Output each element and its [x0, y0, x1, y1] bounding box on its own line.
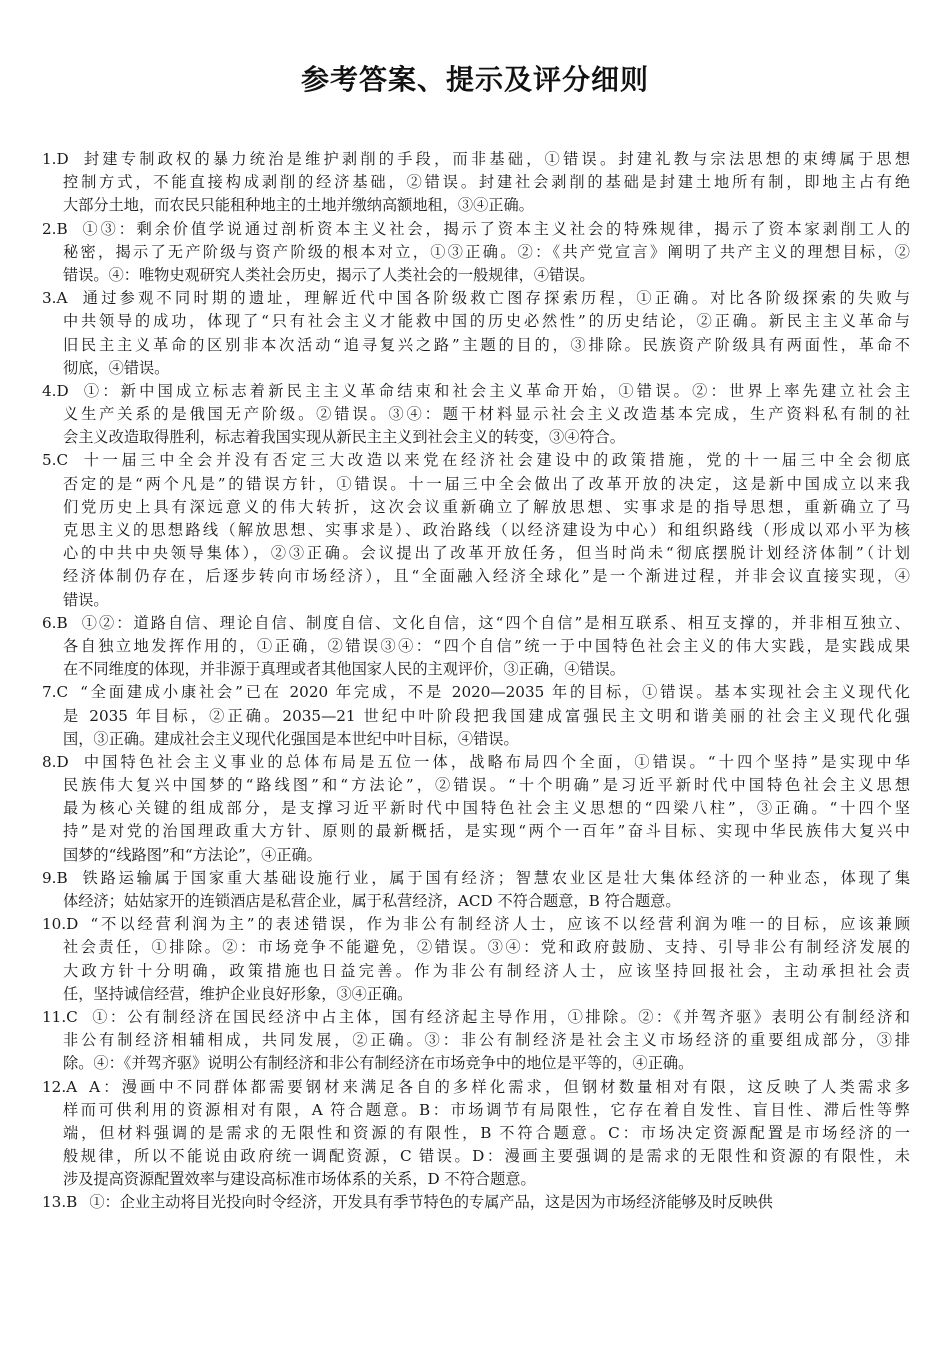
answer-line: 各自独立地发挥作用的，①正确，②错误③④：“四个自信”统一于中国特色社会主义的伟… [42, 635, 910, 658]
answer-item: 12.AA：漫画中不同群体都需要钢材来满足各自的多样化需求，但钢材数量相对有限，… [42, 1076, 910, 1192]
answer-line: 除。④：《并驾齐驱》说明公有制经济和非公有制经济在市场竞争中的地位是平等的，④正… [42, 1052, 910, 1075]
answer-line: 错误。 [42, 589, 910, 612]
answer-line: 中共领导的成功，体现了“只有社会主义才能救中国的历史必然性”的历史结论，②正确。… [42, 310, 910, 333]
answer-line: 端，但材料强调的是需求的无限性和资源的有限性，B 不符合题意。C：市场决定资源配… [42, 1122, 910, 1145]
answer-text: 国梦的“线路图”和“方法论”，④正确。 [63, 846, 322, 864]
answer-text: 涉及提高资源配置效率与建设高标准市场体系的关系，D 不符合题意。 [63, 1170, 536, 1188]
answer-line: 国梦的“线路图”和“方法论”，④正确。 [42, 844, 910, 867]
answer-line: 9.B铁路运输属于国家重大基础设施行业，属于国有经济；智慧农业区是壮大集体经济的… [42, 867, 910, 890]
answer-item: 1.D封建专制政权的暴力统治是维护剥削的手段，而非基础，①错误。封建礼教与宗法思… [42, 148, 910, 218]
answer-text: 在不同维度的体现，并非源于真理或者其他国家人民的主观评价，③正确，④错误。 [63, 660, 625, 678]
answer-line: 13.B①：企业主动将目光投向时令经济，开发具有季节特色的专属产品，这是因为市场… [42, 1191, 910, 1214]
answer-text: 通过参观不同时期的遗址，理解近代中国各阶级救亡图存探索历程，①正确。对比各阶级探… [79, 289, 910, 307]
answer-text: 义生产关系的是俄国无产阶级。②错误。③④：题干材料显示社会主义改造基本完成，生产… [63, 405, 910, 423]
answer-line: 任，坚持诚信经营，维护企业良好形象，③④正确。 [42, 983, 910, 1006]
answer-line: 秘密，揭示了无产阶级与资产阶级的根本对立，①③正确。②：《共产党宣言》阐明了共产… [42, 241, 910, 264]
answer-line: 5.C十一届三中全会并没有否定三大改造以来党在经济社会建设中的政策措施，党的十一… [42, 449, 910, 472]
answer-text: 彻底，④错误。 [63, 359, 169, 377]
answer-number: 11.C [42, 1006, 78, 1029]
answer-list: 1.D封建专制政权的暴力统治是维护剥削的手段，而非基础，①错误。封建礼教与宗法思… [42, 148, 910, 1215]
answer-item: 10.D“不以经营利润为主”的表述错误，作为非公有制经济人士，应该不以经营利润为… [42, 913, 910, 1006]
answer-line: 经济体制仍存在，后逐步转向市场经济），且“全面融入经济全球化”是一个渐进过程，并… [42, 565, 910, 588]
answer-text: ①②：道路自信、理论自信、制度自信、文化自信，这“四个自信”是相互联系、相互支撑… [80, 614, 910, 632]
answer-line: 3.A通过参观不同时期的遗址，理解近代中国各阶级救亡图存探索历程，①正确。对比各… [42, 287, 910, 310]
answer-text: 端，但材料强调的是需求的无限性和资源的有限性，B 不符合题意。C：市场决定资源配… [63, 1124, 910, 1142]
answer-number: 12.A [42, 1076, 77, 1099]
answer-number: 9.B [42, 867, 68, 890]
answer-number: 7.C [42, 681, 68, 704]
answer-text: 体经济；姑姑家开的连锁酒店是私营企业，属于私营经济，ACD 不符合题意，B 符合… [63, 892, 681, 910]
answer-line: 国，③正确。建成社会主义现代化强国是本世纪中叶目标，④错误。 [42, 728, 910, 751]
answer-text: 错误。 [63, 591, 109, 609]
answer-text: 大政方针十分明确，政策措施也日益完善。作为非公有制经济人士，应该坚持回报社会，主… [63, 962, 910, 980]
answer-line: 彻底，④错误。 [42, 357, 910, 380]
answer-line: 心的中共中央领导集体），②③正确。会议提出了改革开放任务，但当时尚未“彻底摆脱计… [42, 542, 910, 565]
answer-line: 在不同维度的体现，并非源于真理或者其他国家人民的主观评价，③正确，④错误。 [42, 658, 910, 681]
answer-number: 13.B [42, 1191, 77, 1214]
answer-line: 11.C①：公有制经济在国民经济中占主体，国有经济起主导作用，①排除。②：《并驾… [42, 1006, 910, 1029]
answer-text: 除。④：《并驾齐驱》说明公有制经济和非公有制经济在市场竞争中的地位是平等的，④正… [63, 1054, 693, 1072]
answer-item: 6.B①②：道路自信、理论自信、制度自信、文化自信，这“四个自信”是相互联系、相… [42, 612, 910, 682]
answer-line: 12.AA：漫画中不同群体都需要钢材来满足各自的多样化需求，但钢材数量相对有限，… [42, 1076, 910, 1099]
answer-text: 秘密，揭示了无产阶级与资产阶级的根本对立，①③正确。②：《共产党宣言》阐明了共产… [63, 243, 910, 261]
answer-line: 7.C“全面建成小康社会”已在 2020 年完成，不是 2020—2035 年的… [42, 681, 910, 704]
page-title: 参考答案、提示及评分细则 [0, 58, 950, 98]
answer-line: 克思主义的思想路线（解放思想、实事求是）、政治路线（以经济建设为中心）和组织路线… [42, 519, 910, 542]
answer-number: 4.D [42, 380, 69, 403]
answer-line: 6.B①②：道路自信、理论自信、制度自信、文化自信，这“四个自信”是相互联系、相… [42, 612, 910, 635]
answer-text: 封建专制政权的暴力统治是维护剥削的手段，而非基础，①错误。封建礼教与宗法思想的束… [81, 150, 910, 168]
answer-line: 最为核心关键的组成部分，是支撑习近平新时代中国特色社会主义思想的“四梁八柱”，③… [42, 797, 910, 820]
answer-line: 持”是对党的治国理政重大方针、原则的最新概括，是实现“两个一百年”奋斗目标、实现… [42, 820, 910, 843]
answer-text: 控制方式，不能直接构成剥削的经济基础，②错误。封建社会剥削的基础是封建土地所有制… [63, 173, 910, 191]
answer-text: 经济体制仍存在，后逐步转向市场经济），且“全面融入经济全球化”是一个渐进过程，并… [63, 567, 910, 585]
answer-text: ①：企业主动将目光投向时令经济，开发具有季节特色的专属产品，这是因为市场经济能够… [89, 1193, 772, 1211]
answer-item: 3.A通过参观不同时期的遗址，理解近代中国各阶级救亡图存探索历程，①正确。对比各… [42, 287, 910, 380]
answer-item: 7.C“全面建成小康社会”已在 2020 年完成，不是 2020—2035 年的… [42, 681, 910, 751]
answer-item: 9.B铁路运输属于国家重大基础设施行业，属于国有经济；智慧农业区是壮大集体经济的… [42, 867, 910, 913]
answer-item: 11.C①：公有制经济在国民经济中占主体，国有经济起主导作用，①排除。②：《并驾… [42, 1006, 910, 1076]
answer-line: 否定的是“两个凡是”的错误方针，①错误。十一届三中全会做出了改革开放的决定，这是… [42, 473, 910, 496]
answer-text: 各自独立地发挥作用的，①正确，②错误③④：“四个自信”统一于中国特色社会主义的伟… [63, 637, 910, 655]
answer-line: 般规律，所以不能说由政府统一调配资源，C 错误。D：漫画主要强调的是需求的无限性… [42, 1145, 910, 1168]
answer-item: 13.B①：企业主动将目光投向时令经济，开发具有季节特色的专属产品，这是因为市场… [42, 1191, 910, 1214]
answer-number: 3.A [42, 287, 67, 310]
answer-text: ①③：剩余价值学说通过剖析资本主义社会，揭示了资本主义社会的特殊规律，揭示了资本… [80, 220, 910, 238]
answer-text: “不以经营利润为主”的表述错误，作为非公有制经济人士，应该不以经营利润为唯一的目… [90, 915, 910, 933]
answer-line: 大部分土地，而农民只能租种地主的土地并缴纳高额地租，③④正确。 [42, 194, 910, 217]
answer-number: 1.D [42, 148, 69, 171]
answer-text: 心的中共中央领导集体），②③正确。会议提出了改革开放任务，但当时尚未“彻底摆脱计… [63, 544, 910, 562]
answer-text: 否定的是“两个凡是”的错误方针，①错误。十一届三中全会做出了改革开放的决定，这是… [63, 475, 910, 493]
answer-line: 是 2035 年目标，②正确。2035—21 世纪中叶阶段把我国建成富强民主文明… [42, 705, 910, 728]
answer-line: 民族伟大复兴中国梦的“路线图”和“方法论”，②错误。“十个明确”是习近平新时代中… [42, 774, 910, 797]
answer-text: 大部分土地，而农民只能租种地主的土地并缴纳高额地租，③④正确。 [63, 196, 534, 214]
answer-number: 2.B [42, 218, 68, 241]
answer-line: 涉及提高资源配置效率与建设高标准市场体系的关系，D 不符合题意。 [42, 1168, 910, 1191]
answer-item: 2.B①③：剩余价值学说通过剖析资本主义社会，揭示了资本主义社会的特殊规律，揭示… [42, 218, 910, 288]
answer-text: 社会责任，①排除。②：市场竞争不能避免，②错误。③④：党和政府鼓励、支持、引导非… [63, 938, 910, 956]
answer-line: 义生产关系的是俄国无产阶级。②错误。③④：题干材料显示社会主义改造基本完成，生产… [42, 403, 910, 426]
answer-text: A：漫画中不同群体都需要钢材来满足各自的多样化需求，但钢材数量相对有限，这反映了… [89, 1078, 910, 1096]
answer-item: 4.D①：新中国成立标志着新民主主义革命结束和社会主义革命开始，①错误。②：世界… [42, 380, 910, 450]
answer-text: 持”是对党的治国理政重大方针、原则的最新概括，是实现“两个一百年”奋斗目标、实现… [63, 822, 910, 840]
answer-text: 非公有制经济相辅相成，共同发展，②正确。③：非公有制经济是社会主义市场经济的重要… [63, 1031, 910, 1049]
answer-item: 8.D中国特色社会主义事业的总体布局是五位一体，战略布局四个全面，①错误。“十四… [42, 751, 910, 867]
answer-line: 体经济；姑姑家开的连锁酒店是私营企业，属于私营经济，ACD 不符合题意，B 符合… [42, 890, 910, 913]
answer-text: 是 2035 年目标，②正确。2035—21 世纪中叶阶段把我国建成富强民主文明… [63, 707, 910, 725]
answer-number: 5.C [42, 449, 68, 472]
answer-text: 任，坚持诚信经营，维护企业良好形象，③④正确。 [63, 985, 412, 1003]
answer-text: 般规律，所以不能说由政府统一调配资源，C 错误。D：漫画主要强调的是需求的无限性… [63, 1147, 910, 1165]
answer-line: 大政方针十分明确，政策措施也日益完善。作为非公有制经济人士，应该坚持回报社会，主… [42, 960, 910, 983]
answer-text: 旧民主主义革命的区别非本次活动“追寻复兴之路”主题的目的，③排除。民族资产阶级具… [63, 336, 910, 354]
answer-text: 样而可供利用的资源相对有限，A 符合题意。B：市场调节有局限性，它存在着自发性、… [63, 1101, 910, 1119]
answer-text: 会主义改造取得胜利，标志着我国实现从新民主主义到社会主义的转变，③④符合。 [63, 428, 625, 446]
answer-text: 错误。④：唯物史观研究人类社会历史，揭示了人类社会的一般规律，④错误。 [63, 266, 595, 284]
answer-text: 克思主义的思想路线（解放思想、实事求是）、政治路线（以经济建设为中心）和组织路线… [63, 521, 910, 539]
answer-text: ①：新中国成立标志着新民主主义革命结束和社会主义革命开始，①错误。②：世界上率先… [81, 382, 910, 400]
answer-text: 们党历史上具有深远意义的伟大转折，这次会议重新确立了解放思想、实事求是的指导思想… [63, 498, 910, 516]
answer-line: 控制方式，不能直接构成剥削的经济基础，②错误。封建社会剥削的基础是封建土地所有制… [42, 171, 910, 194]
answer-text: 铁路运输属于国家重大基础设施行业，属于国有经济；智慧农业区是壮大集体经济的一种业… [80, 869, 910, 887]
answer-text: 民族伟大复兴中国梦的“路线图”和“方法论”，②错误。“十个明确”是习近平新时代中… [63, 776, 910, 794]
answer-line: 们党历史上具有深远意义的伟大转折，这次会议重新确立了解放思想、实事求是的指导思想… [42, 496, 910, 519]
answer-line: 旧民主主义革命的区别非本次活动“追寻复兴之路”主题的目的，③排除。民族资产阶级具… [42, 334, 910, 357]
answer-number: 8.D [42, 751, 69, 774]
answer-text: 十一届三中全会并没有否定三大改造以来党在经济社会建设中的政策措施，党的十一届三中… [80, 451, 910, 469]
answer-line: 样而可供利用的资源相对有限，A 符合题意。B：市场调节有局限性，它存在着自发性、… [42, 1099, 910, 1122]
answer-text: ①：公有制经济在国民经济中占主体，国有经济起主导作用，①排除。②：《并驾齐驱》表… [90, 1008, 910, 1026]
answer-text: “全面建成小康社会”已在 2020 年完成，不是 2020—2035 年的目标，… [80, 683, 910, 701]
answer-text: 中国特色社会主义事业的总体布局是五位一体，战略布局四个全面，①错误。“十四个坚持… [81, 753, 910, 771]
answer-number: 10.D [42, 913, 78, 936]
answer-line: 会主义改造取得胜利，标志着我国实现从新民主主义到社会主义的转变，③④符合。 [42, 426, 910, 449]
answer-number: 6.B [42, 612, 68, 635]
answer-line: 10.D“不以经营利润为主”的表述错误，作为非公有制经济人士，应该不以经营利润为… [42, 913, 910, 936]
answer-line: 2.B①③：剩余价值学说通过剖析资本主义社会，揭示了资本主义社会的特殊规律，揭示… [42, 218, 910, 241]
answer-line: 1.D封建专制政权的暴力统治是维护剥削的手段，而非基础，①错误。封建礼教与宗法思… [42, 148, 910, 171]
answer-text: 国，③正确。建成社会主义现代化强国是本世纪中叶目标，④错误。 [63, 730, 519, 748]
answer-text: 最为核心关键的组成部分，是支撑习近平新时代中国特色社会主义思想的“四梁八柱”，③… [63, 799, 910, 817]
answer-line: 4.D①：新中国成立标志着新民主主义革命结束和社会主义革命开始，①错误。②：世界… [42, 380, 910, 403]
answer-line: 8.D中国特色社会主义事业的总体布局是五位一体，战略布局四个全面，①错误。“十四… [42, 751, 910, 774]
answer-line: 非公有制经济相辅相成，共同发展，②正确。③：非公有制经济是社会主义市场经济的重要… [42, 1029, 910, 1052]
answer-item: 5.C十一届三中全会并没有否定三大改造以来党在经济社会建设中的政策措施，党的十一… [42, 449, 910, 611]
answer-text: 中共领导的成功，体现了“只有社会主义才能救中国的历史必然性”的历史结论，②正确。… [63, 312, 910, 330]
answer-line: 错误。④：唯物史观研究人类社会历史，揭示了人类社会的一般规律，④错误。 [42, 264, 910, 287]
answer-line: 社会责任，①排除。②：市场竞争不能避免，②错误。③④：党和政府鼓励、支持、引导非… [42, 936, 910, 959]
